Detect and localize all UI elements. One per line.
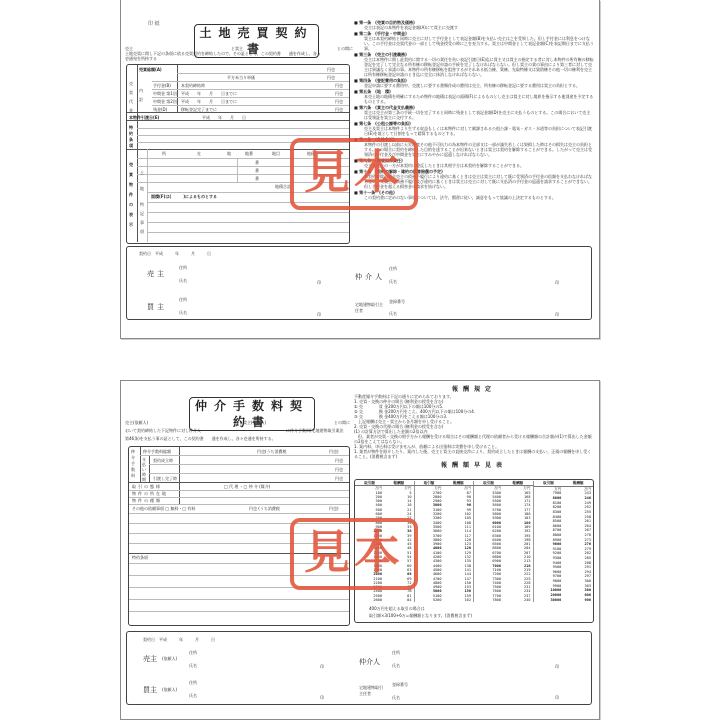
- fee-row: 5200162: [415, 598, 474, 602]
- agent-name-label: 氏名: [389, 279, 397, 285]
- buyer-address-label: 住所: [189, 680, 197, 686]
- fee-side-label: 仲介手数料: [131, 449, 137, 479]
- price-row-label: 手付金(B): [153, 83, 171, 88]
- other-requests-unit: 円也): [329, 506, 339, 511]
- intro-between: との間に: [337, 46, 353, 51]
- pay-timing-label: 支払い時期: [142, 457, 147, 482]
- seller-name-label: 氏名: [179, 278, 187, 284]
- stamp-label: 印 紙: [148, 20, 160, 27]
- price-row-value: 平成 年 月 日までに: [181, 91, 237, 96]
- delivery-date-value: 平成 年 月 日: [202, 115, 246, 120]
- seal-mark: 印: [555, 280, 559, 286]
- col-header: 地: [227, 151, 231, 156]
- col-header: 所: [162, 151, 166, 156]
- price-row-label: 中間金 第2回: [153, 99, 177, 104]
- revenue-stamp-area: 印 紙: [143, 14, 171, 44]
- other-requests-label: その他の依頼事項 □ 無料・□ 有料: [132, 506, 195, 511]
- col-header: 地番: [245, 151, 253, 156]
- transaction-type-options[interactable]: □ 代 理 ・□ 仲 介 (媒介): [224, 484, 270, 489]
- broker-name-label: 氏名: [392, 695, 400, 701]
- buyer-client-label: (依頼人): [162, 687, 177, 693]
- agent-label: 仲介人: [359, 657, 380, 667]
- article: ■ 第一条 (売買の目的物及価格)売主は表記の本物件を表記金額(A)にて買主に売…: [354, 20, 594, 30]
- seller-name-label: 氏名: [189, 663, 197, 669]
- document-title: 仲介手数料契約書: [189, 397, 315, 431]
- article: ■ 第六条 (買主の代金支払義務)買主は売主が第三条の手続一切を完了すると同時に…: [354, 105, 594, 120]
- contract-date: 契約日 平成 年 月 日: [143, 637, 215, 643]
- seal-mark: 印: [320, 695, 324, 701]
- article: ■ 第二条 (手付金・中間金)買主は本契約締結と同時に売主に対して手付金として表…: [354, 31, 594, 51]
- price-row-value: 移転登記完了までに: [181, 107, 217, 112]
- fee-row-label: 仲介手数料総額: [143, 449, 171, 454]
- seller-label: 売主: [143, 654, 157, 664]
- fee-footnote-1: 400万円を超える取引の場合は: [369, 606, 425, 611]
- notes-label: 特記事項: [140, 200, 145, 236]
- rule-item: 但、業者が売買・交換の相手方から報酬を受ける場合はその報酬額と代理の依頼者から受…: [354, 434, 594, 444]
- intro-seller: 売主(依頼人): [125, 420, 148, 425]
- seal-mark: 印: [555, 695, 559, 701]
- article: ■ 第三条 (売主の引渡義務)売主は本物件に関し此契約に関する一切の責任を負い表…: [354, 52, 594, 77]
- seller-label: 売主: [147, 269, 167, 279]
- seller-client-label: (依頼人): [162, 656, 177, 662]
- land-label: 土地: [140, 165, 145, 197]
- agent-label: 仲介人: [355, 272, 385, 282]
- price-row-value: 本契約締結時: [181, 83, 205, 88]
- rules-items: 1. 売買・交換の仲介の場合 (権利金の授受を含む)① 売 買 金200万円以下…: [354, 399, 594, 459]
- seal-mark: 印: [320, 664, 324, 670]
- fee-row-unit: 円也): [329, 449, 339, 454]
- price-row-unit: 円也: [327, 67, 335, 72]
- col-header: 在: [197, 151, 201, 156]
- intro-between: との間に: [334, 420, 350, 425]
- sample-watermark: 見本: [290, 138, 418, 210]
- fee-row: 260084: [355, 598, 414, 602]
- signature-block: 契約日 平成 年 月 日 売主 住所 氏名 印 買主 住所 氏名 印 仲介人 住…: [126, 246, 592, 320]
- fee-row-unit: 円也: [335, 476, 343, 481]
- seller-address-label: 住所: [179, 265, 187, 271]
- seller-address-label: 住所: [189, 650, 197, 656]
- buyer-name-label: 氏名: [189, 693, 197, 699]
- signature-block: 契約日 平成 年 月 日 売主 (依頼人) 住所 氏名 印 買主 (依頼人) 住…: [126, 631, 592, 705]
- lot-mark: 番: [255, 176, 259, 181]
- special-terms-label: 特約条項: [132, 555, 148, 560]
- agent-address-label: 住所: [392, 650, 400, 656]
- broker-label: 宅地建物取引主任者: [359, 685, 385, 697]
- article: ■ 第七条 (公租公課等の負担)売主及買主は本物件より生ずる収益もしくは本物件に…: [354, 121, 594, 136]
- fee-row-unit: 円也: [335, 467, 343, 472]
- rules-title: 報酬規定: [354, 385, 594, 394]
- reg-number-label: 登録番号: [392, 682, 408, 688]
- seal-mark: 印: [317, 312, 321, 318]
- area-note: 面積(F)は( )によるものとする: [151, 194, 217, 199]
- fee-row: 30000906: [534, 597, 594, 602]
- delivery-date-label: 本物件引渡日(E): [129, 115, 159, 120]
- total-area-label: 地積合計: [275, 184, 291, 189]
- article: ■ 第五条 (地 積)本売土地の地積を明確にするため物件の地積は表記の面積(F)…: [354, 89, 594, 104]
- intro-line3: 第46条)を支払う事の証として、この契約書 通を作成し、各々壱通を所持する。: [125, 436, 276, 441]
- seal-mark: 印: [555, 664, 559, 670]
- buyer-name-label: 氏名: [179, 310, 187, 316]
- reg-number-label: 登録番号: [389, 299, 405, 305]
- price-row-label: 残金(D): [153, 107, 167, 112]
- other-requests-value: 円也 (うち消費税: [249, 506, 280, 511]
- broker-name-label: 氏名: [389, 311, 397, 317]
- fee-column-group: 取引額報酬額万円万円270087280090290093300096310099…: [415, 481, 475, 602]
- price-row-label: 売買総額(A): [139, 67, 162, 72]
- sample-watermark: 見本: [290, 518, 418, 590]
- fee-column-group: 取引額報酬額万円万円530016554001685500171560017457…: [474, 481, 534, 602]
- broker-label: 宅地建物取引主任者: [355, 302, 383, 314]
- price-row-label: 中間金 第1回: [153, 91, 177, 96]
- price-row-unit: 円也: [335, 91, 343, 96]
- intro-line3: 壱通宛を所持する: [125, 56, 157, 61]
- price-row-value: 平成 年 月 日までに: [181, 99, 237, 104]
- price-row-unit: 円也: [327, 75, 335, 80]
- price-side-label: 売買代金: [129, 79, 135, 115]
- transaction-type-label: 取引の態様: [132, 484, 162, 489]
- price-row-unit: 円也: [335, 107, 343, 112]
- price-row-unit: 円也: [335, 99, 343, 104]
- property-location-label: 物件の所在地: [132, 491, 168, 496]
- col-header: 地目: [272, 151, 280, 156]
- price-row-value: 平方米当り単価: [227, 75, 255, 80]
- breakdown-label: 内訳: [139, 86, 145, 104]
- fee-row-label: 契約成立時: [153, 458, 173, 463]
- price-row-unit: 円也: [335, 83, 343, 88]
- fee-footnote-2: 取引額×3/100+6万=報酬額となります。(消費税含まず): [369, 613, 472, 618]
- seal-mark: 印: [317, 280, 321, 286]
- property-side-label: 売買物件の表示: [129, 160, 135, 230]
- intro-line2a: おいて契約締結した下記物件に対し仲介人: [125, 428, 201, 433]
- buyer-label: 買主: [147, 302, 167, 312]
- fee-row-value: 円也(うち消費税: [257, 449, 287, 454]
- fee-row: 7800240: [474, 598, 533, 602]
- fee-row-label: 引渡し完了時: [153, 476, 177, 481]
- contract-date: 契約日 平成 年 月 日: [139, 251, 211, 257]
- lot-mark: 番: [255, 168, 259, 173]
- intro-line2b: に仲介手数料(宅地建物取引業法: [286, 428, 344, 433]
- special-terms-label: 特約条項: [129, 125, 135, 149]
- agent-address-label: 住所: [389, 266, 397, 272]
- buyer-label: 買主: [143, 685, 157, 695]
- rule-item: 1. 業者が物件を紹介したり、案内した後、売主と買主の直接交渉により、契約成立し…: [354, 449, 594, 459]
- article: ■ 第四条 (登記費用の負担)登記申請に要する費用中、売渡しに要する書類作成の費…: [354, 78, 594, 88]
- lot-mark: 番: [255, 160, 259, 165]
- fee-rules: 報酬規定 不動産媒介手数料は下記の通りに定められております。 1. 売買・交換の…: [354, 385, 594, 470]
- fee-row-unit: 円也: [335, 458, 343, 463]
- fee-column-group: 取引額報酬額万円万円790024380002468100249820025283…: [534, 481, 594, 602]
- property-kind-label: 物件の種類: [132, 498, 162, 503]
- fee-chart-title: 報酬額早見表: [354, 461, 594, 470]
- seal-mark: 印: [555, 312, 559, 318]
- intro-buyer: と買主(依頼人): [239, 420, 266, 425]
- buyer-address-label: 住所: [179, 297, 187, 303]
- agent-name-label: 氏名: [392, 663, 400, 669]
